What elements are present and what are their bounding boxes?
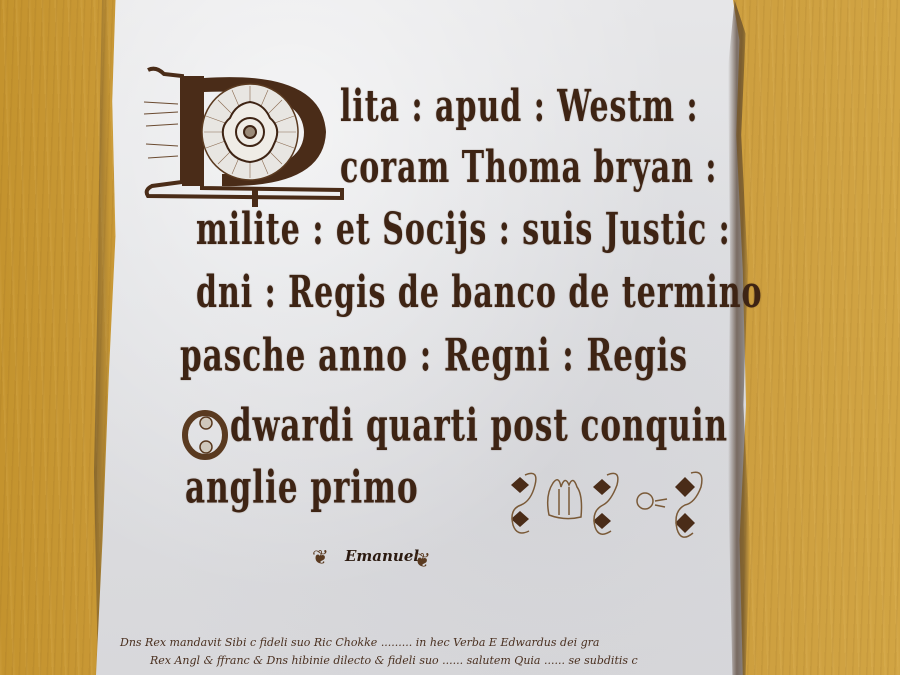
signature-flourish-right-icon: ❦	[414, 548, 431, 572]
scribe-signature: Emanuel	[345, 547, 419, 565]
manuscript-line-5: pasche anno : Regni : Regis	[180, 330, 688, 382]
manuscript-line-6: dwardi quarti post conquin	[230, 400, 728, 452]
body-text-line-2: Rex Angl & ffranc & Dns hibinie dilecto …	[150, 654, 638, 667]
illuminated-initial-p-icon	[142, 62, 347, 207]
decorated-initial-e-icon	[180, 403, 230, 463]
manuscript-line-4: dni : Regis de banco de termino	[196, 268, 763, 319]
body-text-line-1: Dns Rex mandavit Sibi c fideli suo Ric C…	[120, 636, 599, 649]
decorative-flourishes-icon	[505, 465, 715, 545]
manuscript-line-7: anglie primo	[185, 462, 419, 514]
signature-flourish-left-icon: ❦	[312, 545, 329, 569]
manuscript-line-3: milite : et Socijs : suis Justic :	[196, 205, 731, 256]
manuscript-line-2: coram Thoma bryan :	[340, 143, 717, 194]
manuscript-line-1: lita : apud : Westm :	[340, 82, 699, 133]
